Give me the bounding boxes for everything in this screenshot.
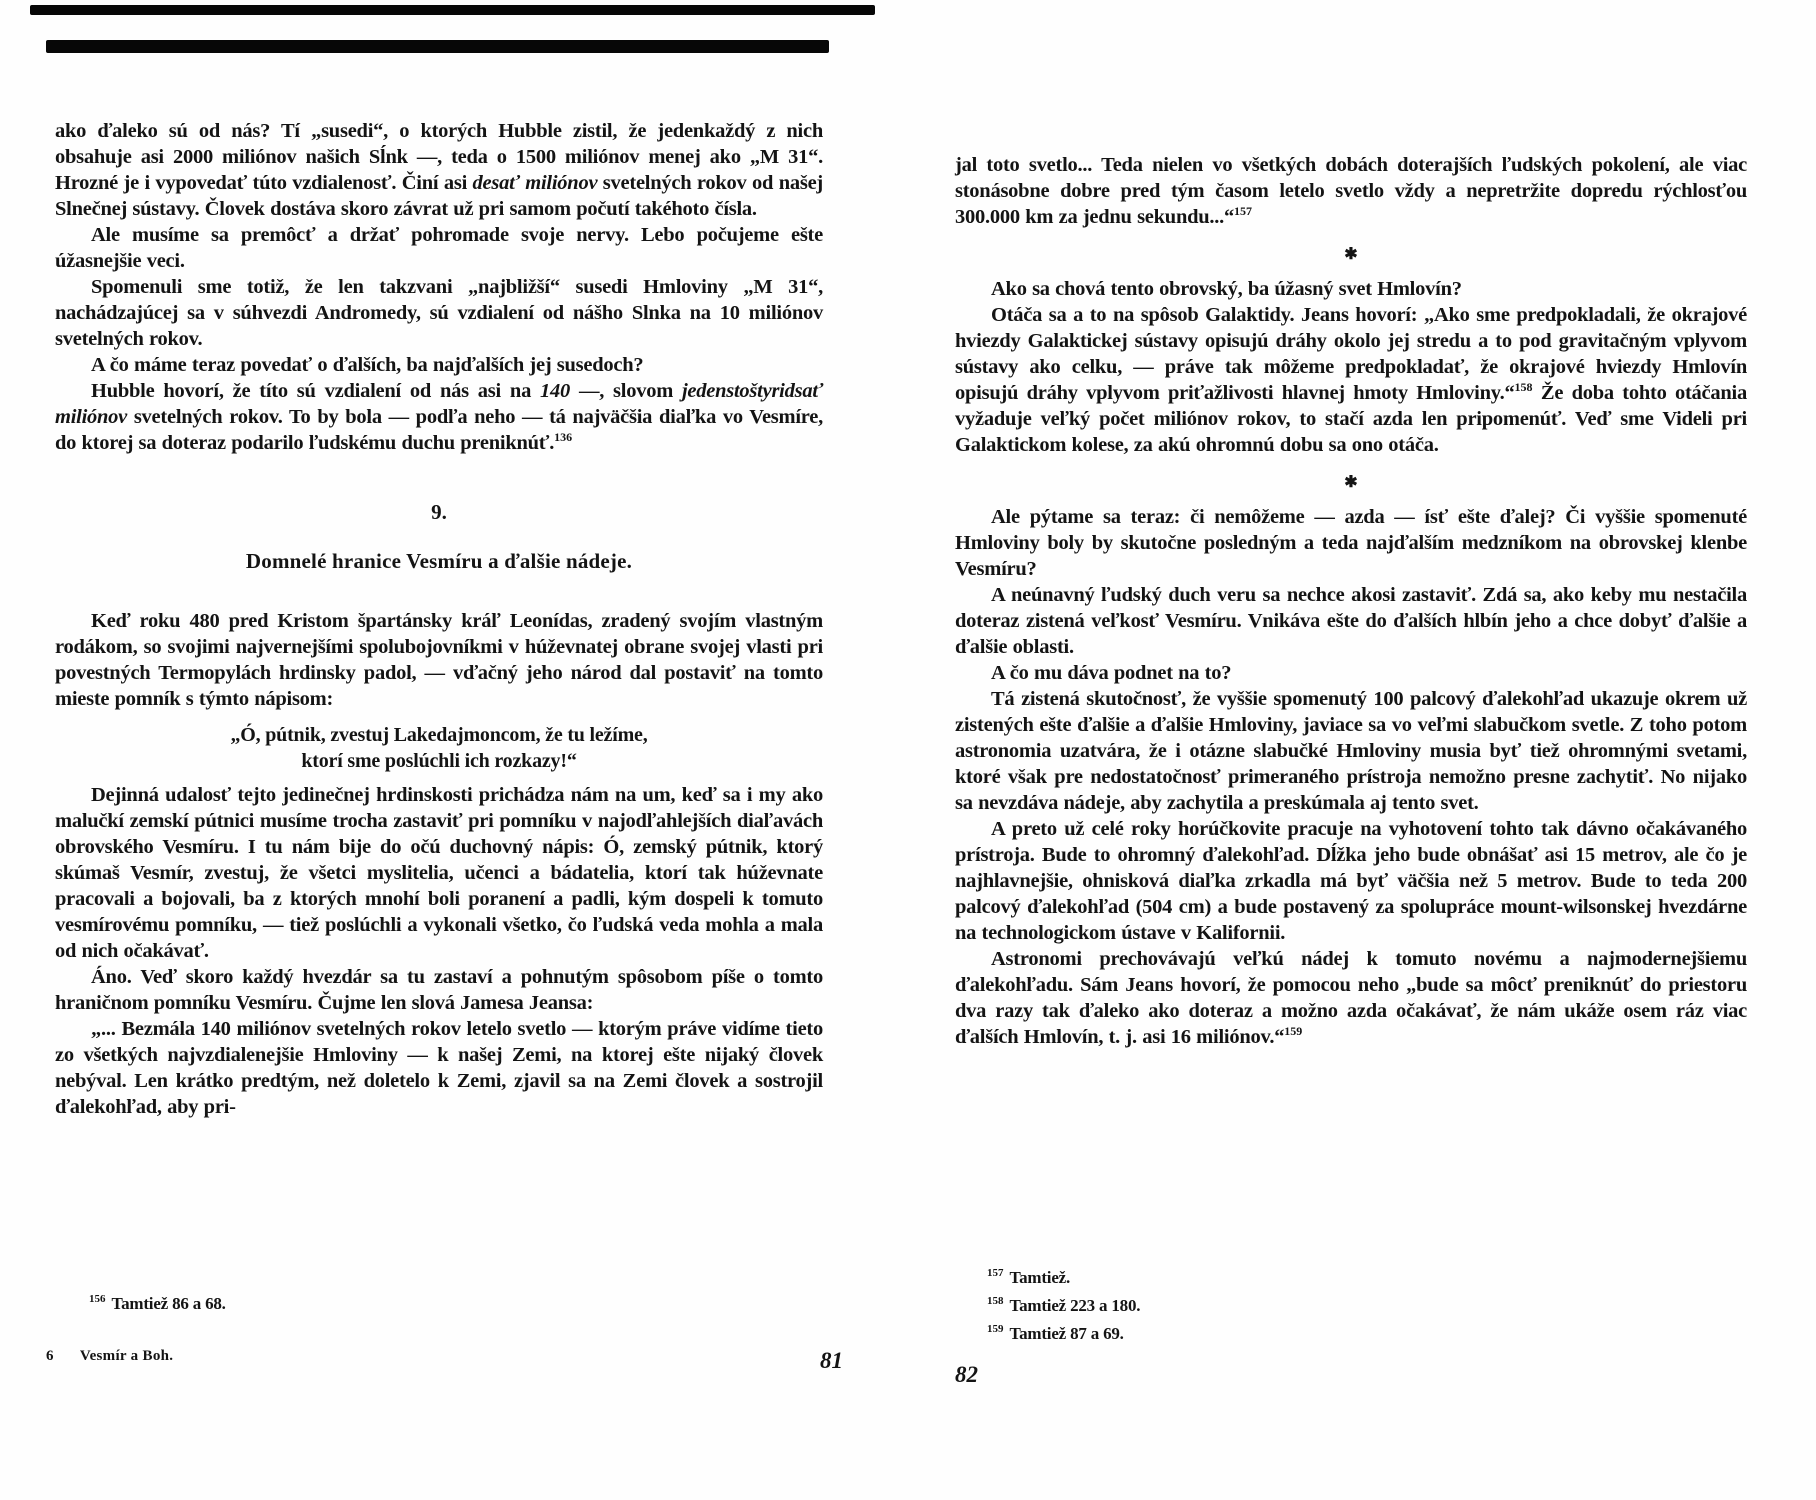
paragraph: jal toto svetlo... Teda nielen vo všetký… [955, 152, 1747, 230]
epigraph-verse: „Ó, pútnik, zvestuj Lakedajmoncom, že tu… [55, 722, 823, 774]
signature-number: 6 [46, 1348, 54, 1364]
paragraph: Ale pýtame sa teraz: či nemôžeme — azda … [955, 504, 1747, 582]
paragraph: Ako sa chová tento obrovský, ba úžasný s… [955, 276, 1747, 302]
paragraph: Otáča sa a to na spôsob Galaktidy. Jeans… [955, 302, 1747, 458]
paragraph: ako ďaleko sú od nás? Tí „susedi“, o kto… [55, 118, 823, 222]
footnotes: 157Tamtiež.158Tamtiež 223 a 180.159Tamti… [987, 1264, 1140, 1348]
paragraph: Tá zistená skutočnosť, že vyššie spomenu… [955, 686, 1747, 816]
paragraph: A čo mu dáva podnet na to? [955, 660, 1747, 686]
page-number-right: 82 [955, 1362, 978, 1388]
paragraph: Keď roku 480 pred Kristom špartánsky krá… [55, 608, 823, 712]
paragraph: Áno. Veď skoro každý hvezdár sa tu zasta… [55, 964, 823, 1016]
page-left: ako ďaleko sú od nás? Tí „susedi“, o kto… [55, 118, 823, 1500]
page-right: jal toto svetlo... Teda nielen vo všetký… [955, 152, 1747, 1500]
paragraph: A čo máme teraz povedať o ďalších, ba na… [55, 352, 823, 378]
page-number-left: 81 [820, 1348, 843, 1374]
asterisk-divider-icon: ✱ [955, 242, 1747, 268]
section-heading: Domnelé hranice Vesmíru a ďalšie nádeje. [55, 549, 823, 574]
paragraph: „... Bezmála 140 miliónov svetelných rok… [55, 1016, 823, 1120]
paragraph: Hubble hovorí, že títo sú vzdialení od n… [55, 378, 823, 456]
paragraph: Ale musíme sa premôcť a držať pohromade … [55, 222, 823, 274]
scan-artifact-bar-second [46, 40, 829, 53]
paragraph: Dejinná udalosť tejto jedinečnej hrdinsk… [55, 782, 823, 964]
asterisk-divider-icon: ✱ [955, 470, 1747, 496]
printers-signature: 6Vesmír a Boh. [46, 1348, 173, 1365]
paragraph: A preto už celé roky horúčkovite pracuje… [955, 816, 1747, 946]
footnote: 156Tamtiež 86 a 68. [89, 1290, 226, 1318]
section-number: 9. [55, 500, 823, 525]
footnote: 157Tamtiež. [987, 1264, 1140, 1292]
footnote: 158Tamtiež 223 a 180. [987, 1292, 1140, 1320]
book-title: Vesmír a Boh. [80, 1348, 174, 1364]
paragraph: A neúnavný ľudský duch veru sa nechce ak… [955, 582, 1747, 660]
scan-artifact-bar-top [30, 5, 875, 15]
paragraph: Spomenuli sme totiž, že len takzvani „na… [55, 274, 823, 352]
footnotes: 156Tamtiež 86 a 68. [89, 1290, 226, 1318]
footnote: 159Tamtiež 87 a 69. [987, 1320, 1140, 1348]
paragraph: Astronomi prechovávajú veľkú nádej k tom… [955, 946, 1747, 1050]
